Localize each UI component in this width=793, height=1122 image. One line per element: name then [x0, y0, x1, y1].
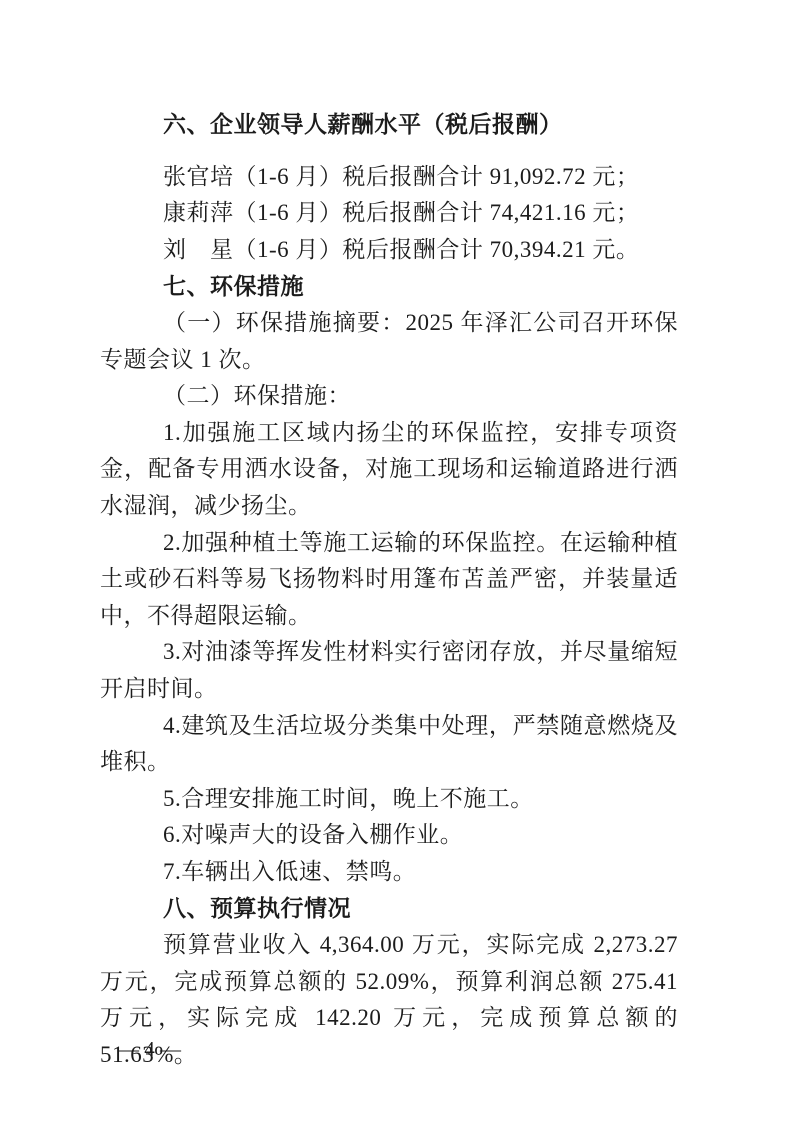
- budget-body: 预算营业收入 4,364.00 万元，实际完成 2,273.27 万元，完成预算…: [100, 927, 678, 1073]
- environment-measure-item: 7.车辆出入低速、禁鸣。: [100, 854, 678, 891]
- environment-measure-item: 4.建筑及生活垃圾分类集中处理，严禁随意燃烧及堆积。: [100, 708, 678, 781]
- environment-measure-item: 3.对油漆等挥发性材料实行密闭存放，并尽量缩短开启时间。: [100, 634, 678, 707]
- document-page: 六、企业领导人薪酬水平（税后报酬） 张官培（1-6 月）税后报酬合计 91,09…: [0, 0, 793, 1122]
- environment-measure-item: 2.加强种植土等施工运输的环保监控。在运输种植土或砂石料等易飞扬物料时用篷布苫盖…: [100, 525, 678, 635]
- section-heading-budget: 八、预算执行情况: [100, 890, 678, 927]
- section-heading-salary: 六、企业领导人薪酬水平（税后报酬）: [100, 106, 678, 143]
- section-heading-environment: 七、环保措施: [100, 268, 678, 305]
- page-number: — 4 —: [118, 1035, 181, 1063]
- environment-measures-intro: （二）环保措施：: [100, 378, 678, 415]
- environment-measure-item: 1.加强施工区域内扬尘的环保监控，安排专项资金，配备专用洒水设备，对施工现场和运…: [100, 415, 678, 525]
- salary-entry: 刘 星（1-6 月）税后报酬合计 70,394.21 元。: [100, 232, 678, 269]
- salary-entry: 张官培（1-6 月）税后报酬合计 91,092.72 元；: [100, 159, 678, 196]
- environment-measure-item: 6.对噪声大的设备入棚作业。: [100, 817, 678, 854]
- environment-summary: （一）环保措施摘要：2025 年泽汇公司召开环保专题会议 1 次。: [100, 305, 678, 378]
- document-body: 六、企业领导人薪酬水平（税后报酬） 张官培（1-6 月）税后报酬合计 91,09…: [100, 106, 678, 1073]
- environment-measure-item: 5.合理安排施工时间，晚上不施工。: [100, 781, 678, 818]
- salary-entry: 康莉萍（1-6 月）税后报酬合计 74,421.16 元；: [100, 195, 678, 232]
